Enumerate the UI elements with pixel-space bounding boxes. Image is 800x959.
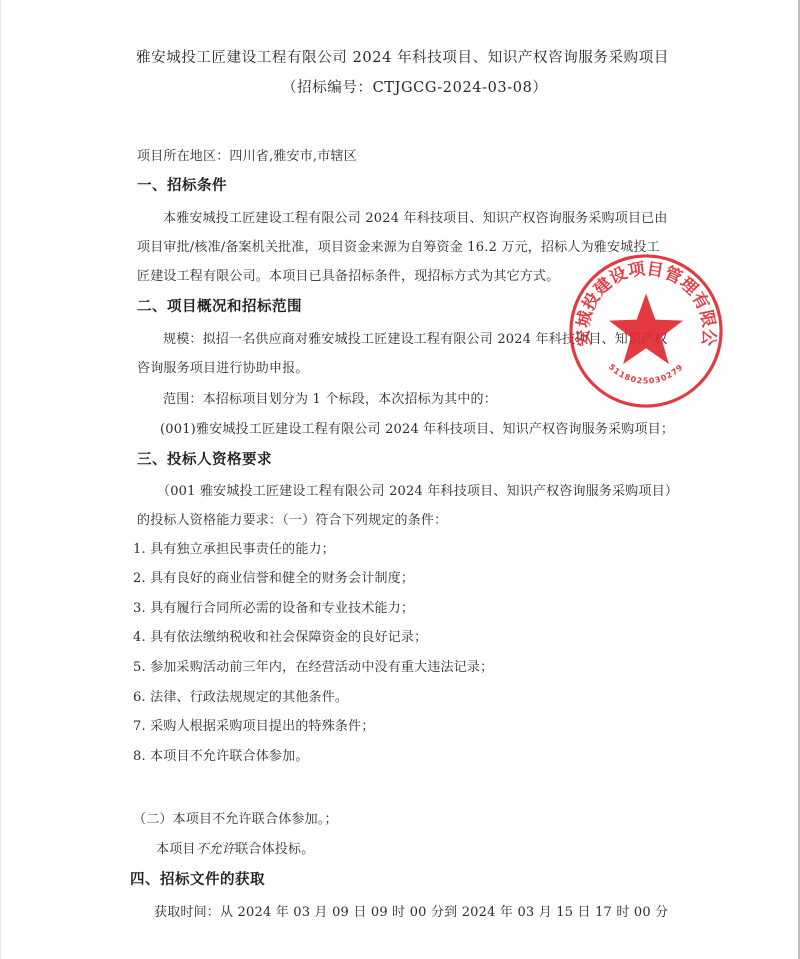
paragraph: 匠建设工程有限公司。本项目已具备招标条件，现招标方式为其它方式。 xyxy=(137,268,559,286)
condition-item: 6. 法律、行政法规规定的其他条件。 xyxy=(133,689,348,707)
condition-item: 8. 本项目不允许联合体参加。 xyxy=(133,748,309,766)
condition-item: 3. 具有履行合同所必需的设备和专业技术能力； xyxy=(133,600,414,618)
consortium-note-prefix: 本项目 xyxy=(156,842,196,857)
section-heading-3: 三、投标人资格要求 xyxy=(137,451,272,469)
condition-item: 2. 具有良好的商业信誉和健全的财务会计制度； xyxy=(133,570,414,588)
document-title: 雅安城投工匠建设工程有限公司 2024 年科技项目、知识产权咨询服务采购项目 xyxy=(136,49,669,67)
section-heading-4: 四、招标文件的获取 xyxy=(130,871,265,889)
star-icon xyxy=(609,293,683,364)
paragraph: （001 雅安城投工匠建设工程有限公司 2024 年科技项目、知识产权咨询服务采… xyxy=(157,483,678,501)
acquisition-time: 获取时间：从 2024 年 03 月 09 日 09 时 00 分到 2024 … xyxy=(154,904,668,922)
paragraph: 的投标人资格能力要求：（一）符合下列规定的条件： xyxy=(137,512,447,530)
consortium-note-italic: 不允许 xyxy=(196,842,236,857)
condition-item: 4. 具有依法缴纳税收和社会保障资金的良好记录； xyxy=(133,629,427,647)
seal-number: 5118025030279 xyxy=(607,362,685,385)
sub-item-consortium: （二）本项目不允许联合体参加。； xyxy=(133,811,338,829)
paragraph: 咨询服务项目进行协助申报。 xyxy=(137,360,309,378)
paragraph: 范围：本招标项目划分为 1 个标段，本次招标为其中的： xyxy=(163,391,497,409)
condition-item: 1. 具有独立承担民事责任的能力； xyxy=(133,541,335,559)
company-seal-stamp: 雅安城投建设项目管理有限公司 5118025030279 xyxy=(567,252,725,410)
paragraph: (001)雅安城投工匠建设工程有限公司 2024 年科技项目、知识产权咨询服务采… xyxy=(160,421,674,439)
section-heading-1: 一、招标条件 xyxy=(137,177,227,195)
condition-item: 7. 采购人根据采购项目提出的特殊条件； xyxy=(133,718,375,736)
tender-number: （招标编号：CTJGCG-2024-03-08） xyxy=(282,79,548,97)
paragraph: 本雅安城投工匠建设工程有限公司 2024 年科技项目、知识产权咨询服务采购项目已… xyxy=(163,210,668,228)
project-location: 项目所在地区：四川省,雅安市,市辖区 xyxy=(137,148,357,166)
consortium-note-suffix: 联合体投标。 xyxy=(235,842,314,857)
section-heading-2: 二、项目概况和招标范围 xyxy=(137,298,302,316)
consortium-note: 本项目不允许联合体投标。 xyxy=(156,841,314,859)
page-edge-left xyxy=(0,0,1,959)
condition-item: 5. 参加采购活动前三年内，在经营活动中没有重大违法记录； xyxy=(133,659,493,677)
